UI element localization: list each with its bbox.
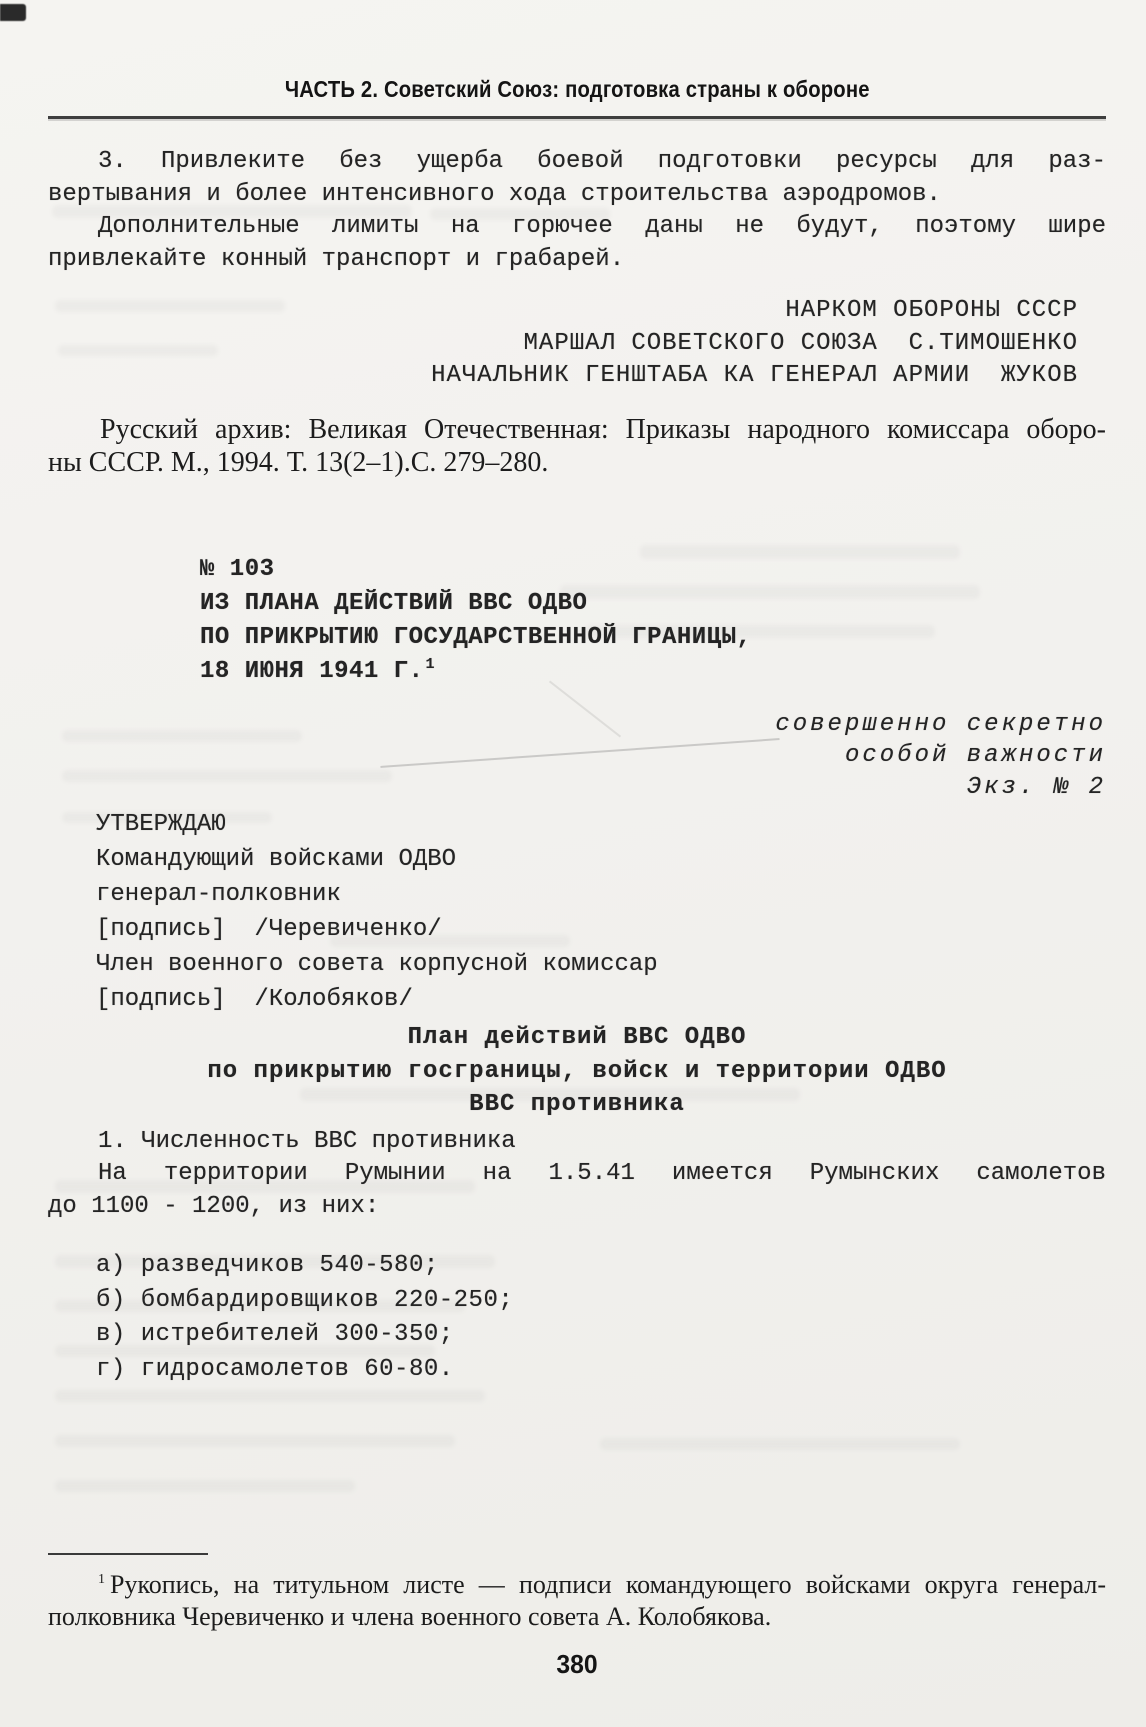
document-title-line: ПО ПРИКРЫТИЮ ГОСУДАРСТВЕННОЙ ГРАНИЦЫ, xyxy=(200,621,1106,655)
document-103-section: № 103 ИЗ ПЛАНА ДЕЙСТВИЙ ВВС ОДВО ПО ПРИК… xyxy=(48,553,1106,1388)
classification-line: Экз. № 2 xyxy=(48,772,1106,804)
footnote-line: 1Рукопись, на титульном листе — подписи … xyxy=(48,1569,1106,1601)
order-excerpt-section: 3. Привлеките без ущерба боевой подготов… xyxy=(48,146,1106,479)
order-paragraphs: 3. Привлеките без ущерба боевой подготов… xyxy=(48,146,1106,276)
footnote-reference: 1 xyxy=(426,656,436,673)
source-citation-line: ны СССР. М., 1994. Т. 13(2–1).С. 279–280… xyxy=(48,446,1106,479)
page-number: 380 xyxy=(74,1649,1079,1680)
footnote-text: 1Рукопись, на титульном листе — подписи … xyxy=(48,1569,1106,1633)
signature-line: МАРШАЛ СОВЕТСКОГО СОЮЗА С.ТИМОШЕНКО xyxy=(48,328,1078,361)
order-paragraph-line: вертывания и более интенсивного хода стр… xyxy=(48,179,1106,212)
approval-line: [подпись] /Колобяков/ xyxy=(96,982,1106,1017)
classification-line: совершенно секретно xyxy=(48,709,1106,741)
plan-heading: План действий ВВС ОДВО по прикрытию госг… xyxy=(48,1021,1106,1122)
list-item: а) разведчиков 540-580; xyxy=(96,1249,1106,1284)
footnote-marker: 1 xyxy=(98,1572,105,1587)
scanned-book-page: ЧАСТЬ 2. Советский Союз: подготовка стра… xyxy=(0,0,1146,1727)
classification-block: совершенно секретно особой важности Экз.… xyxy=(48,709,1106,804)
approval-line: УТВЕРЖДАЮ xyxy=(96,807,1106,842)
approval-line: Член военного совета корпусной комиссар xyxy=(96,947,1106,982)
scan-artifact xyxy=(0,4,26,21)
source-citation-line: Русский архив: Великая Отечественная: Пр… xyxy=(48,413,1106,446)
section-title: 1. Численность ВВС противника xyxy=(48,1126,1106,1159)
list-item: г) гидросамолетов 60-80. xyxy=(96,1353,1106,1388)
order-paragraph-line: Дополнительные лимиты на горючее даны не… xyxy=(48,211,1106,244)
section-1: 1. Численность ВВС противника На террито… xyxy=(48,1126,1106,1224)
plan-heading-line: План действий ВВС ОДВО xyxy=(48,1021,1106,1055)
plan-heading-line: по прикрытию госграницы, войск и террито… xyxy=(48,1055,1106,1089)
footnote-line: полковника Черевиченко и члена военного … xyxy=(48,1601,1106,1633)
document-date: 18 ИЮНЯ 1941 Г. xyxy=(200,658,424,685)
chapter-title: ЧАСТЬ 2. Советский Союз: подготовка стра… xyxy=(285,76,870,103)
footnote-rule xyxy=(48,1553,208,1555)
document-date-line: 18 ИЮНЯ 1941 Г.1 xyxy=(200,655,1106,689)
section-body-line: На территории Румынии на 1.5.41 имеется … xyxy=(48,1158,1106,1191)
signature-block: НАРКОМ ОБОРОНЫ СССР МАРШАЛ СОВЕТСКОГО СО… xyxy=(48,295,1078,393)
section-body-line: до 1100 - 1200, из них: xyxy=(48,1191,1106,1224)
signature-line: НАРКОМ ОБОРОНЫ СССР xyxy=(48,295,1078,328)
list-item: в) истребителей 300-350; xyxy=(96,1318,1106,1353)
list-item: б) бомбардировщиков 220-250; xyxy=(96,1284,1106,1319)
source-citation: Русский архив: Великая Отечественная: Пр… xyxy=(48,413,1106,479)
approval-block: УТВЕРЖДАЮ Командующий войсками ОДВО гене… xyxy=(96,807,1106,1017)
plan-heading-line: ВВС противника xyxy=(48,1088,1106,1122)
header-rule xyxy=(48,116,1106,119)
approval-line: [подпись] /Черевиченко/ xyxy=(96,912,1106,947)
page-content: ЧАСТЬ 2. Советский Союз: подготовка стра… xyxy=(48,0,1106,1680)
approval-line: Командующий войсками ОДВО xyxy=(96,842,1106,877)
document-title-block: № 103 ИЗ ПЛАНА ДЕЙСТВИЙ ВВС ОДВО ПО ПРИК… xyxy=(200,553,1106,689)
document-number: № 103 xyxy=(200,553,1106,587)
document-title-line: ИЗ ПЛАНА ДЕЙСТВИЙ ВВС ОДВО xyxy=(200,587,1106,621)
aircraft-count-list: а) разведчиков 540-580; б) бомбардировщи… xyxy=(96,1249,1106,1387)
running-header: ЧАСТЬ 2. Советский Союз: подготовка стра… xyxy=(48,0,1106,103)
footnote-line-text: Рукопись, на титульном листе — подписи к… xyxy=(110,1570,1106,1599)
footnote-block: 1Рукопись, на титульном листе — подписи … xyxy=(48,1553,1106,1633)
order-paragraph-line: привлекайте конный транспорт и грабарей. xyxy=(48,244,1106,277)
approval-line: генерал-полковник xyxy=(96,877,1106,912)
order-paragraph-line: 3. Привлеките без ущерба боевой подготов… xyxy=(48,146,1106,179)
signature-line: НАЧАЛЬНИК ГЕНШТАБА КА ГЕНЕРАЛ АРМИИ ЖУКО… xyxy=(48,360,1078,393)
classification-line: особой важности xyxy=(48,740,1106,772)
